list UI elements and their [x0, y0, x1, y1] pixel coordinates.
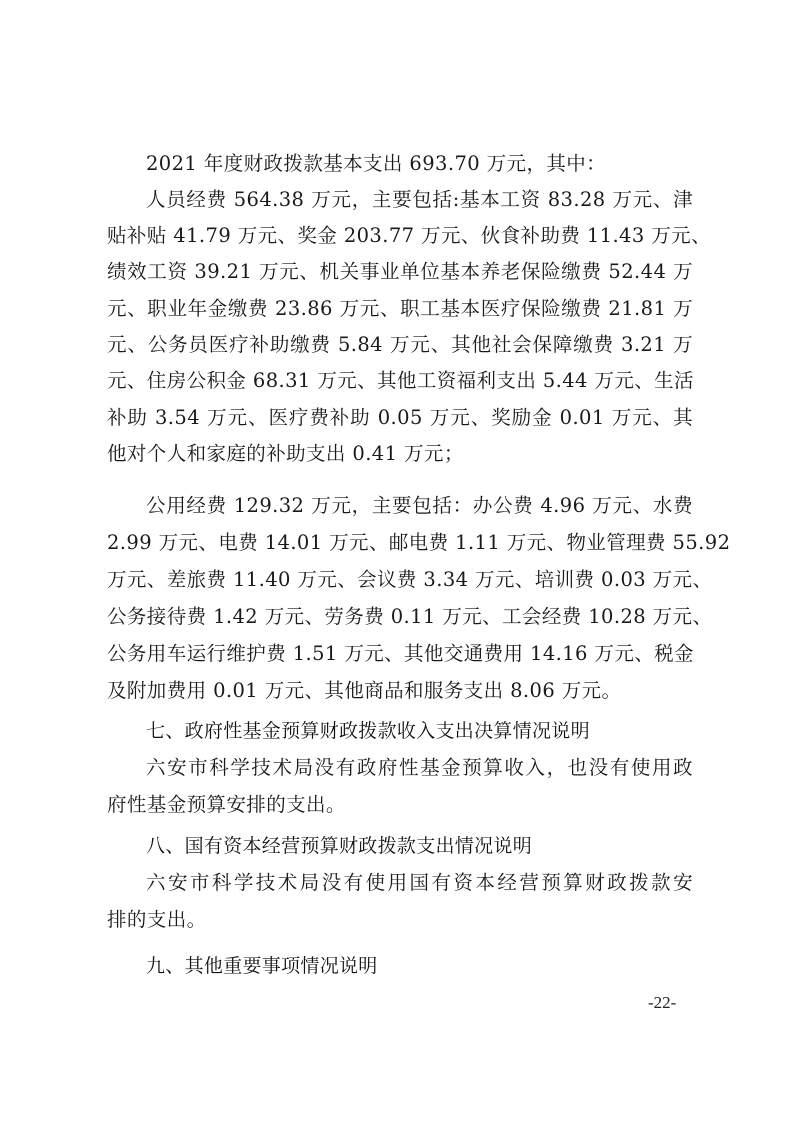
personnel-expenses-line: 他对个人和家庭的补助支出 0.41 万元； [107, 442, 693, 466]
public-expenses-line: 万元、差旅费 11.40 万元、会议费 3.34 万元、培训费 0.03 万元、 [107, 568, 693, 592]
personnel-expenses-line: 绩效工资 39.21 万元、机关事业单位基本养老保险缴费 52.44 万 [107, 260, 693, 284]
section-body-line: 六安市科学技术局没有使用国有资本经营预算财政拨款安 [146, 871, 693, 895]
section-body-line: 六安市科学技术局没有政府性基金预算收入，也没有使用政 [146, 756, 693, 780]
section-heading-government-fund: 七、政府性基金预算财政拨款收入支出决算情况说明 [146, 719, 590, 743]
section-body-line: 府性基金预算安排的支出。 [107, 793, 693, 817]
section-heading-state-capital: 八、国有资本经营预算财政拨款支出情况说明 [146, 834, 532, 858]
section-heading-other-matters: 九、其他重要事项情况说明 [146, 954, 378, 978]
personnel-expenses-line: 元、职业年金缴费 23.86 万元、职工基本医疗保险缴费 21.81 万 [107, 297, 693, 321]
public-expenses-line: 公用经费 129.32 万元，主要包括：办公费 4.96 万元、水费 [146, 494, 693, 518]
section-body-line: 排的支出。 [107, 908, 693, 932]
personnel-expenses-line: 元、公务员医疗补助缴费 5.84 万元、其他社会保障缴费 3.21 万 [107, 333, 693, 357]
personnel-expenses-line: 贴补贴 41.79 万元、奖金 203.77 万元、伙食补助费 11.43 万元… [107, 224, 693, 248]
public-expenses-line: 公务用车运行维护费 1.51 万元、其他交通费用 14.16 万元、税金 [107, 642, 693, 666]
public-expenses-line: 及附加费用 0.01 万元、其他商品和服务支出 8.06 万元。 [107, 679, 693, 703]
document-page: 2021 年度财政拨款基本支出 693.70 万元，其中： 人员经费 564.3… [0, 0, 793, 1122]
paragraph-basic-expenditure: 2021 年度财政拨款基本支出 693.70 万元，其中： [146, 152, 693, 176]
personnel-expenses-line: 补助 3.54 万元、医疗费补助 0.05 万元、奖励金 0.01 万元、其 [107, 406, 693, 430]
personnel-expenses-line: 元、住房公积金 68.31 万元、其他工资福利支出 5.44 万元、生活 [107, 369, 693, 393]
page-number: -22- [648, 993, 676, 1013]
public-expenses-line: 2.99 万元、电费 14.01 万元、邮电费 1.11 万元、物业管理费 55… [107, 531, 693, 555]
personnel-expenses-line: 人员经费 564.38 万元，主要包括:基本工资 83.28 万元、津 [146, 188, 693, 212]
public-expenses-line: 公务接待费 1.42 万元、劳务费 0.11 万元、工会经费 10.28 万元、 [107, 605, 693, 629]
